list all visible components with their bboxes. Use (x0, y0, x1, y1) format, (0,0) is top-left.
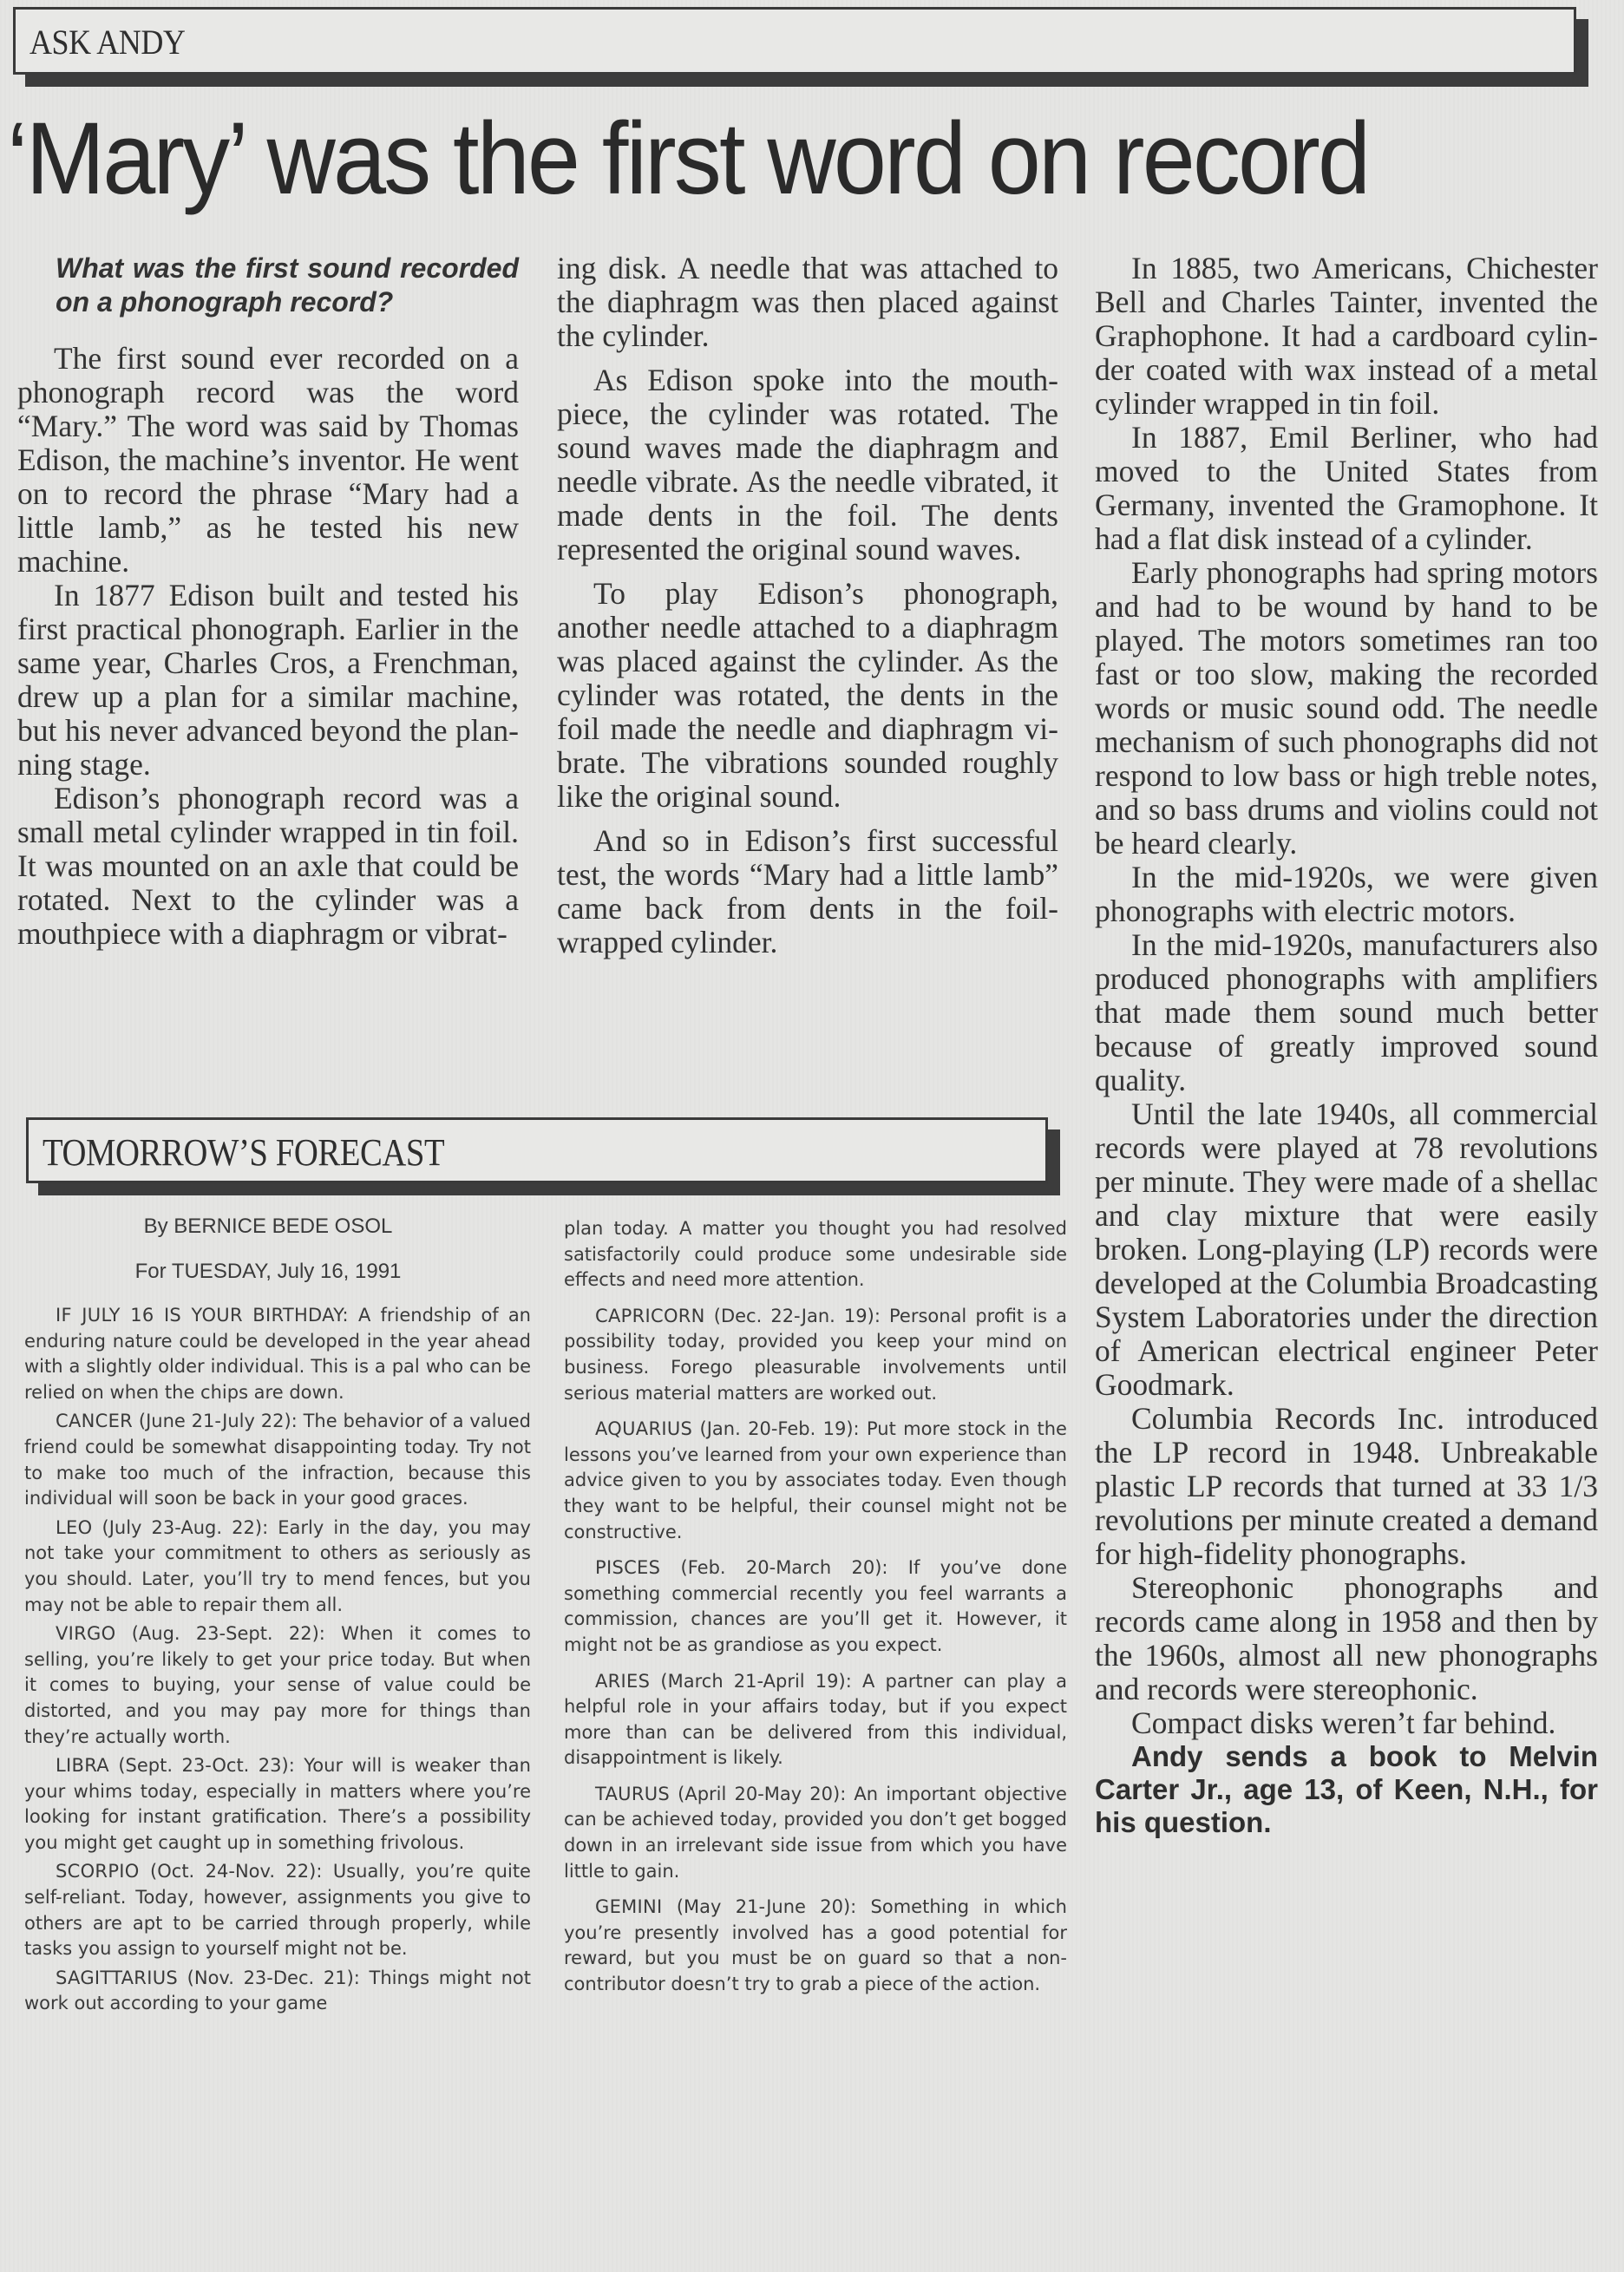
horoscope-column-2: plan today. A matter you thought you had… (564, 1216, 1067, 1998)
sign-name: VIRGO (56, 1623, 115, 1644)
sign-name: SCORPIO (56, 1861, 140, 1882)
sign-dates: (Oct. 24-Nov. 22): (150, 1861, 322, 1882)
article-paragraph: In 1877 Edison built and tested his firs… (17, 579, 519, 782)
sign-dates: (Aug. 23-Sept. 22): (132, 1623, 325, 1644)
horoscope-entry-capricorn: CAPRICORN (Dec. 22-Jan. 19): Personal pr… (564, 1304, 1067, 1406)
article-headline: ‘Mary’ was the first word on record (7, 102, 1508, 215)
horoscope-column-1: IF JULY 16 IS YOUR BIRTHDAY: A friendshi… (24, 1303, 531, 2017)
section-label: TOMORROW’S FORECAST (43, 1130, 444, 1175)
article-paragraph: And so in Edison’s first success­ful tes… (557, 824, 1058, 959)
reader-credit: Andy sends a book to Melvin Carter Jr., … (1095, 1740, 1598, 1839)
sign-dates: (Nov. 23-Dec. 21): (187, 1968, 360, 1988)
article-paragraph: The first sound ever recorded on a phono… (17, 342, 519, 579)
horoscope-entry-pisces: PISCES (Feb. 20-March 20): If you’ve don… (564, 1555, 1067, 1658)
article-paragraph: Compact disks weren’t far be­hind. (1095, 1706, 1598, 1740)
sign-name: CANCER (56, 1411, 133, 1431)
article-paragraph: In the mid-1920s, we were given phonogra… (1095, 861, 1598, 928)
sign-dates: (Dec. 22-Jan. 19): (714, 1306, 881, 1326)
sign-name: ARIES (595, 1671, 650, 1692)
article-paragraph: ing disk. A needle that was at­tached to… (557, 252, 1058, 353)
sign-dates: (Feb. 20-March 20): (681, 1557, 888, 1578)
sign-name: GEMINI (595, 1896, 663, 1917)
article-paragraph: Early phonographs had spring motors and … (1095, 556, 1598, 861)
sign-name: LEO (56, 1517, 92, 1538)
article-column-2: ing disk. A needle that was at­tached to… (557, 252, 1058, 959)
horoscope-entry-cancer: CANCER (June 21-July 22): The behavior o… (24, 1409, 531, 1511)
article-column-3: In 1885, two Americans, Chichester Bell … (1095, 252, 1598, 1839)
sign-name: CAPRICORN (595, 1306, 705, 1326)
sign-dates: (April 20-May 20): (678, 1784, 846, 1804)
sign-text: Early in the day, you may not take your … (24, 1517, 531, 1615)
sign-name: TAURUS (595, 1784, 670, 1804)
article-paragraph: Columbia Records Inc. intro­duced the LP… (1095, 1402, 1598, 1571)
sign-dates: (May 21-June 20): (677, 1896, 856, 1917)
horoscope-entry-leo: LEO (July 23-Aug. 22): Early in the day,… (24, 1516, 531, 1618)
sign-dates: (July 23-Aug. 22): (102, 1517, 269, 1538)
reader-question: What was the first sound re­corded on a … (17, 252, 519, 319)
article-paragraph: In 1885, two Americans, Chichester Bell … (1095, 252, 1598, 421)
sign-name: PISCES (595, 1557, 660, 1578)
article-paragraph: As Edison spoke into the mouth­piece, th… (557, 363, 1058, 566)
sign-name: SAGITTARIUS (56, 1968, 178, 1988)
article-paragraph: Edison’s phonograph record was a small m… (17, 782, 519, 951)
horoscope-entry-aries: ARIES (March 21-April 19): A partner can… (564, 1669, 1067, 1771)
horoscope-byline: By BERNICE BEDE OSOL (17, 1215, 519, 1239)
ask-andy-section-header: ASK ANDY (13, 7, 1576, 75)
horoscope-entry-scorpio: SCORPIO (Oct. 24-Nov. 22): Usually, you’… (24, 1859, 531, 1961)
sign-dates: (March 21-April 19): (660, 1671, 851, 1692)
birthday-lead: IF JULY 16 IS YOUR BIRTHDAY: (56, 1305, 349, 1326)
sign-text: plan today. A matter you thought you had… (564, 1218, 1067, 1290)
horoscope-date: For TUESDAY, July 16, 1991 (17, 1260, 519, 1284)
article-column-1: What was the first sound re­corded on a … (17, 252, 519, 951)
forecast-section-header: TOMORROW’S FORECAST (26, 1117, 1048, 1183)
article-paragraph: In 1887, Emil Berliner, who had moved to… (1095, 421, 1598, 556)
horoscope-entry-sagittarius-continued: plan today. A matter you thought you had… (564, 1216, 1067, 1293)
birthday-entry: IF JULY 16 IS YOUR BIRTHDAY: A friendshi… (24, 1303, 531, 1405)
horoscope-entry-gemini: GEMINI (May 21-June 20): Something in wh… (564, 1895, 1067, 1997)
horoscope-entry-virgo: VIRGO (Aug. 23-Sept. 22): When it comes … (24, 1621, 531, 1750)
horoscope-entry-sagittarius: SAGITTARIUS (Nov. 23-Dec. 21): Things mi… (24, 1966, 531, 2017)
sign-dates: (Sept. 23-Oct. 23): (118, 1755, 294, 1776)
sign-dates: (June 21-July 22): (139, 1411, 298, 1431)
horoscope-entry-aquarius: AQUARIUS (Jan. 20-Feb. 19): Put more sto… (564, 1417, 1067, 1545)
sign-name: LIBRA (56, 1755, 109, 1776)
horoscope-entry-taurus: TAURUS (April 20-May 20): An important o… (564, 1782, 1067, 1884)
article-paragraph: Until the late 1940s, all com­mercial re… (1095, 1097, 1598, 1402)
section-label: ASK ANDY (29, 22, 185, 62)
sign-dates: (Jan. 20-Feb. 19): (700, 1418, 860, 1439)
article-paragraph: In the mid-1920s, manufactur­ers also pr… (1095, 928, 1598, 1097)
article-paragraph: Stereophonic phonographs and records cam… (1095, 1571, 1598, 1706)
article-paragraph: To play Edison’s phonograph, another nee… (557, 577, 1058, 814)
newspaper-page: ASK ANDY ‘Mary’ was the first word on re… (0, 0, 1624, 2272)
sign-name: AQUARIUS (595, 1418, 692, 1439)
horoscope-entry-libra: LIBRA (Sept. 23-Oct. 23): Your will is w… (24, 1753, 531, 1856)
